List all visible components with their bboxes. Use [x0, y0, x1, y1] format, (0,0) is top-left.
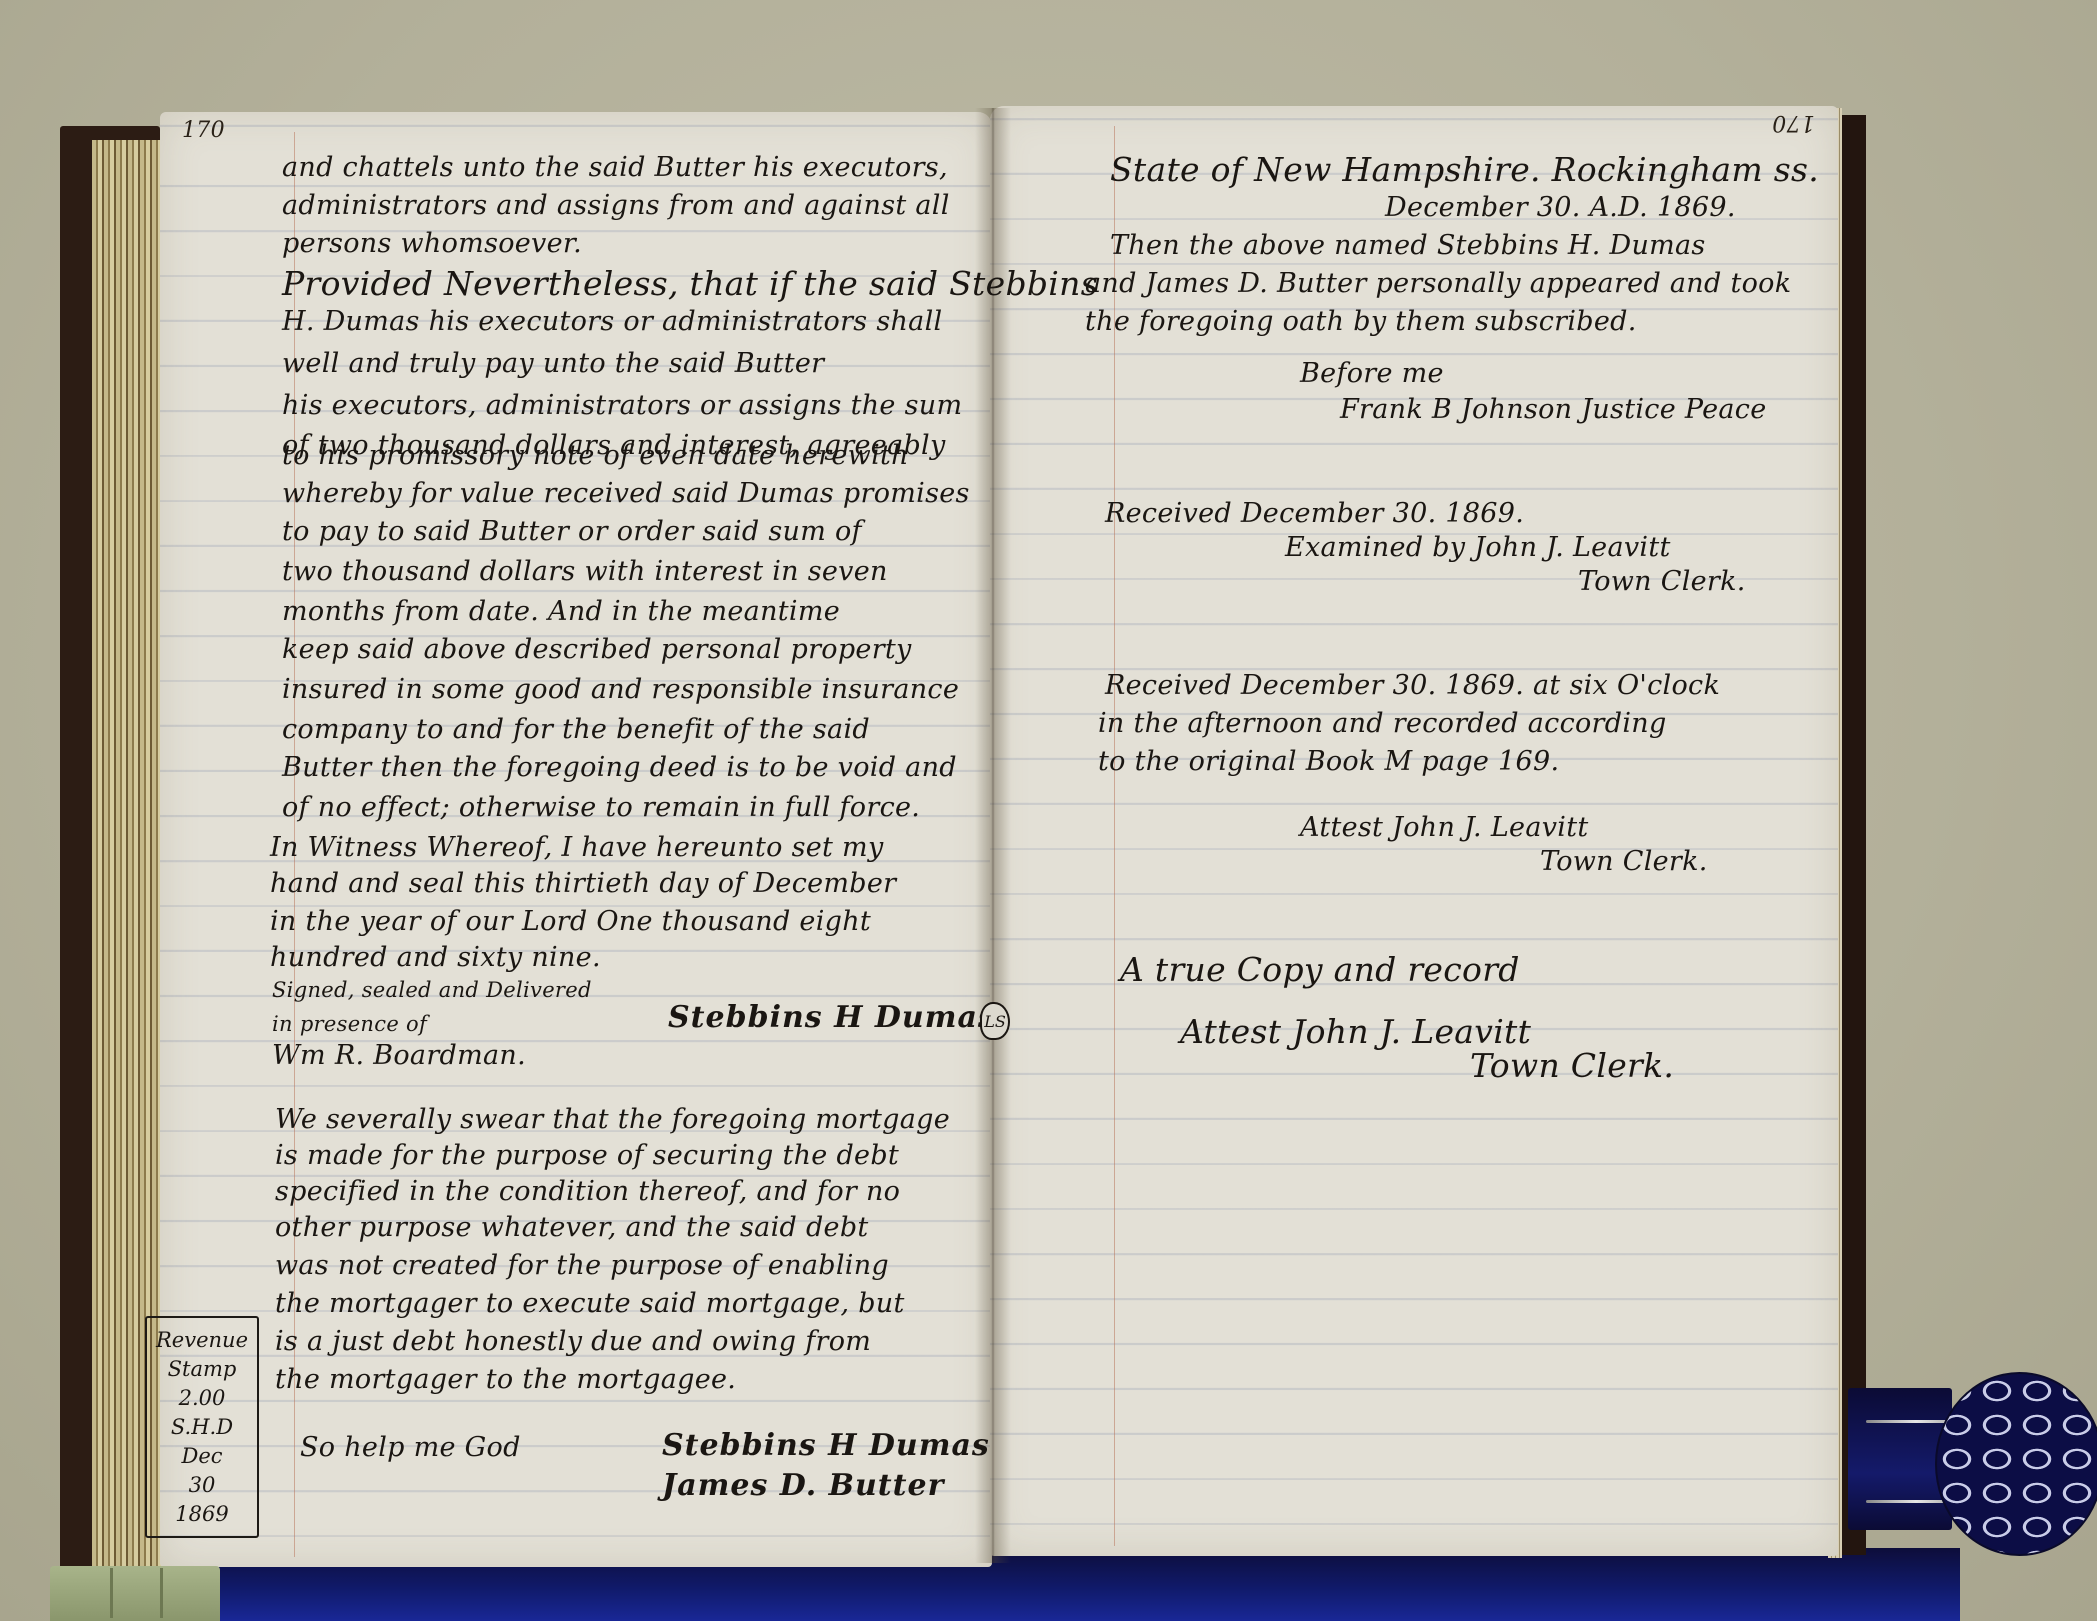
clip-ridge [160, 1568, 163, 1618]
text-line: Provided Nevertheless, that if the said … [282, 264, 1098, 303]
received-date: Received December 30. 1869. [1105, 498, 1524, 529]
margin-rule [1114, 126, 1115, 1546]
text-line: of no effect; otherwise to remain in ful… [282, 792, 920, 823]
text-line: and James D. Butter personally appeared … [1085, 268, 1791, 299]
town-clerk-title: Town Clerk. [1540, 846, 1708, 877]
jurisdiction-heading: State of New Hampshire. Rockingham ss. [1110, 150, 1819, 189]
presence-label: in presence of [272, 1012, 427, 1036]
patterned-clip-disc [1935, 1372, 2097, 1556]
text-line: two thousand dollars with interest in se… [282, 556, 888, 587]
town-clerk-title: Town Clerk. [1578, 566, 1746, 597]
page-number-right: 170 [1772, 110, 1815, 135]
stamp-line: Dec [181, 1443, 222, 1470]
text-line: persons whomsoever. [282, 228, 582, 259]
text-line: well and truly pay unto the said Butter [282, 348, 824, 379]
stamp-line: S.H.D [171, 1414, 233, 1441]
text-line: months from date. And in the meantime [282, 596, 840, 627]
text-line: other purpose whatever, and the said deb… [275, 1212, 869, 1243]
stamp-line: 30 [189, 1472, 216, 1499]
text-line: In Witness Whereof, I have hereunto set … [270, 832, 884, 863]
text-line: Received December 30. 1869. at six O'clo… [1105, 670, 1720, 701]
text-line: is a just debt honestly due and owing fr… [275, 1326, 871, 1357]
oath-closing: So help me God [300, 1432, 521, 1463]
text-line: insured in some good and responsible ins… [282, 674, 959, 705]
seal-mark-icon: LS [980, 1002, 1010, 1040]
clip-ridge [110, 1568, 113, 1618]
text-line: is made for the purpose of securing the … [275, 1140, 899, 1171]
text-line: hand and seal this thirtieth day of Dece… [270, 868, 896, 899]
book-gutter [975, 108, 1011, 1563]
text-line: to his promissory note of even date here… [282, 440, 909, 471]
text-line: the mortgager to the mortgagee. [275, 1364, 736, 1395]
true-copy-label: A true Copy and record [1120, 950, 1520, 989]
text-line: to pay to said Butter or order said sum … [282, 516, 862, 547]
page-number-left: 170 [182, 118, 225, 143]
text-line: to the original Book M page 169. [1098, 746, 1559, 777]
text-line: administrators and assigns from and agai… [282, 190, 950, 221]
text-line: and chattels unto the said Butter his ex… [282, 152, 948, 183]
text-line: in the year of our Lord One thousand eig… [270, 906, 871, 937]
stamp-line: 1869 [175, 1501, 228, 1528]
text-line: specified in the condition thereof, and … [275, 1176, 900, 1207]
text-line: in the afternoon and recorded according [1098, 708, 1667, 739]
text-line: H. Dumas his executors or administrators… [282, 306, 942, 337]
text-line: Then the above named Stebbins H. Dumas [1110, 230, 1706, 261]
revenue-stamp-box: Revenue Stamp 2.00 S.H.D Dec 30 1869 [145, 1316, 259, 1538]
text-line: company to and for the benefit of the sa… [282, 714, 870, 745]
stamp-line: 2.00 [179, 1385, 226, 1412]
signature-butter-oath: James D. Butter [662, 1468, 944, 1503]
text-line: the foregoing oath by them subscribed. [1085, 306, 1637, 337]
justice-signature: Frank B Johnson Justice Peace [1340, 394, 1767, 425]
text-line: whereby for value received said Dumas pr… [282, 478, 970, 509]
signature-dumas-oath: Stebbins H Dumas [662, 1428, 990, 1463]
examined-by: Examined by John J. Leavitt [1285, 532, 1671, 563]
stamp-line: Revenue [156, 1327, 248, 1354]
text-line: the mortgager to execute said mortgage, … [275, 1288, 905, 1319]
before-me-label: Before me [1300, 358, 1444, 389]
attest-signature: Attest John J. Leavitt [1300, 812, 1589, 843]
town-clerk-title: Town Clerk. [1470, 1046, 1674, 1085]
text-line: Butter then the foregoing deed is to be … [282, 752, 957, 783]
signed-sealed-label: Signed, sealed and Delivered [272, 978, 592, 1002]
text-line: We severally swear that the foregoing mo… [275, 1104, 950, 1135]
text-line: was not created for the purpose of enabl… [275, 1250, 889, 1281]
signature-dumas: Stebbins H Dumas [668, 1000, 996, 1035]
text-line: hundred and sixty nine. [270, 942, 601, 973]
stamp-line: Stamp [168, 1356, 237, 1383]
jurat-date: December 30. A.D. 1869. [1385, 192, 1736, 223]
text-line: his executors, administrators or assigns… [282, 390, 962, 421]
witness-name: Wm R. Boardman. [272, 1040, 526, 1071]
text-line: keep said above described personal prope… [282, 634, 912, 665]
book-cover-right [1838, 115, 1866, 1555]
binder-clip-left [50, 1566, 220, 1621]
